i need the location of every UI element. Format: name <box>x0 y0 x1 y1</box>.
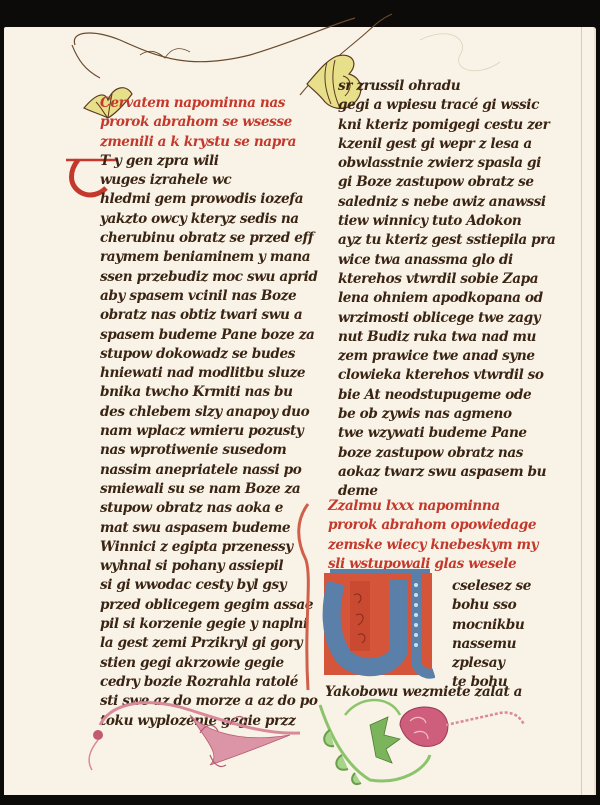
text-line: kzenil gest gi wepr z lesa a <box>338 135 538 154</box>
text-line: wyhnal si pohany assiepil <box>100 557 300 576</box>
beside-initial-text: cselesez se bohu sso mocnikbu nassemu zp… <box>452 577 531 693</box>
text-line: saledniz s nebe awiz anawssi <box>338 193 538 212</box>
text-line: si gi wwodac cesty byl gsy <box>100 576 300 595</box>
text-line: obwlasstnie zwierz spasla gi <box>338 154 538 173</box>
text-line: lena ohniem apodkopana od <box>338 289 538 308</box>
text-line: hledmi gem prowodis iozefa <box>100 190 300 209</box>
text-line: aby spasem vcinil nas Boze <box>100 287 300 306</box>
text-line: gi Boze zastupow obratz se <box>338 173 538 192</box>
text-line: T y gen zpra wili <box>100 152 300 171</box>
text-line: ssen przebudiz moc swu aprid <box>100 268 300 287</box>
text-line: kterehos vtwrdil sobie Zapa <box>338 270 538 289</box>
painted-initial-u <box>320 565 435 680</box>
text-line: nassemu <box>452 635 531 654</box>
text-line: bie At neodstupugeme ode <box>338 386 538 405</box>
text-line: wrzimosti oblicege twe zagy <box>338 309 538 328</box>
rubric-line: prorok abrahom se wsesse <box>100 113 300 132</box>
text-line: yakzto owcy kteryz sedis na <box>100 210 300 229</box>
text-line: wuges izrahele wc <box>100 171 300 190</box>
text-line: kni kteriz pomigegi cestu zer <box>338 116 538 135</box>
text-line: nam wplacz wmieru pozusty <box>100 422 300 441</box>
text-line: mocnikbu <box>452 616 531 635</box>
rubric-line: zmenili a k krystu se napra <box>100 133 300 152</box>
right-rubric: Zzalmu lxxx napominna prorok abrahom opo… <box>328 497 538 574</box>
text-line: nassim anepriatele nassi po <box>100 461 300 480</box>
text-line: sti swe az do morze a az do po <box>100 692 300 711</box>
text-line: la gest zemi Przikryl gi gory <box>100 634 300 653</box>
text-line: zem prawice twe anad syne <box>338 347 538 366</box>
right-column: sr zrussil ohradu gegi a wpiesu tracé gi… <box>338 77 538 502</box>
text-line: ayz tu kteriz gest sstiepila pra <box>338 231 538 250</box>
rubric-line: Zzalmu lxxx napominna <box>328 497 538 516</box>
text-line: nas wprotiwenie susedom <box>100 441 300 460</box>
text-line: be ob zywis nas agmeno <box>338 405 538 424</box>
text-line: nut Budiz ruka twa nad mu <box>338 328 538 347</box>
text-line: tiew winnicy tuto Adokon <box>338 212 538 231</box>
text-line: Winnici z egipta przenessy <box>100 538 300 557</box>
text-line: boze zastupow obratz nas <box>338 444 538 463</box>
text-line: sr zrussil ohradu <box>338 77 538 96</box>
text-line: aokaz twarz swu aspasem bu <box>338 463 538 482</box>
text-line: bohu sso <box>452 596 531 615</box>
text-line: twe wzywati budeme Pane <box>338 424 538 443</box>
text-line: clowieka kterehos vtwrdil so <box>338 366 538 385</box>
text-line: raymem beniaminem y mana <box>100 248 300 267</box>
text-line: wice twa anassma glo di <box>338 251 538 270</box>
rubric-line: Cervatem napominna nas <box>100 94 300 113</box>
text-line: gegi a wpiesu tracé gi wssic <box>338 96 538 115</box>
after-initial-text: Yakobowu wezmiete zalat a <box>325 683 522 702</box>
text-line: smiewali su se nam Boze za <box>100 480 300 499</box>
text-line: cedry bozie Rozrahla ratolé <box>100 673 300 692</box>
text-line: stien gegi akrzowie gegie <box>100 654 300 673</box>
text-line: bnika twcho Krmiti nas bu <box>100 383 300 402</box>
page-edge <box>581 27 582 795</box>
text-line: Yakobowu wezmiete zalat a <box>325 683 522 702</box>
text-line: przed oblicegem gegim assae <box>100 596 300 615</box>
text-line: zplesay <box>452 654 531 673</box>
left-column: Cervatem napominna nas prorok abrahom se… <box>100 94 300 731</box>
text-line: toku wyplozenie gegie przz <box>100 712 300 731</box>
text-line: des chlebem slzy anapoy duo <box>100 403 300 422</box>
text-line: stupow dokowadz se budes <box>100 345 300 364</box>
rubric-line: zemske wiecy knebeskym my <box>328 536 538 555</box>
text-line: mat swu aspasem budeme <box>100 519 300 538</box>
text-line: spasem budeme Pane boze za <box>100 326 300 345</box>
text-line: hniewati nad modlitbu sluze <box>100 364 300 383</box>
rubric-line: prorok abrahom opowiedage <box>328 516 538 535</box>
text-line: obratz nas obtiz twari swu a <box>100 306 300 325</box>
text-line: stupow obratz nas aoka e <box>100 499 300 518</box>
text-line: pil si korzenie gegie y naplni <box>100 615 300 634</box>
text-line: cherubinu obratz se przed eff <box>100 229 300 248</box>
text-line: cselesez se <box>452 577 531 596</box>
